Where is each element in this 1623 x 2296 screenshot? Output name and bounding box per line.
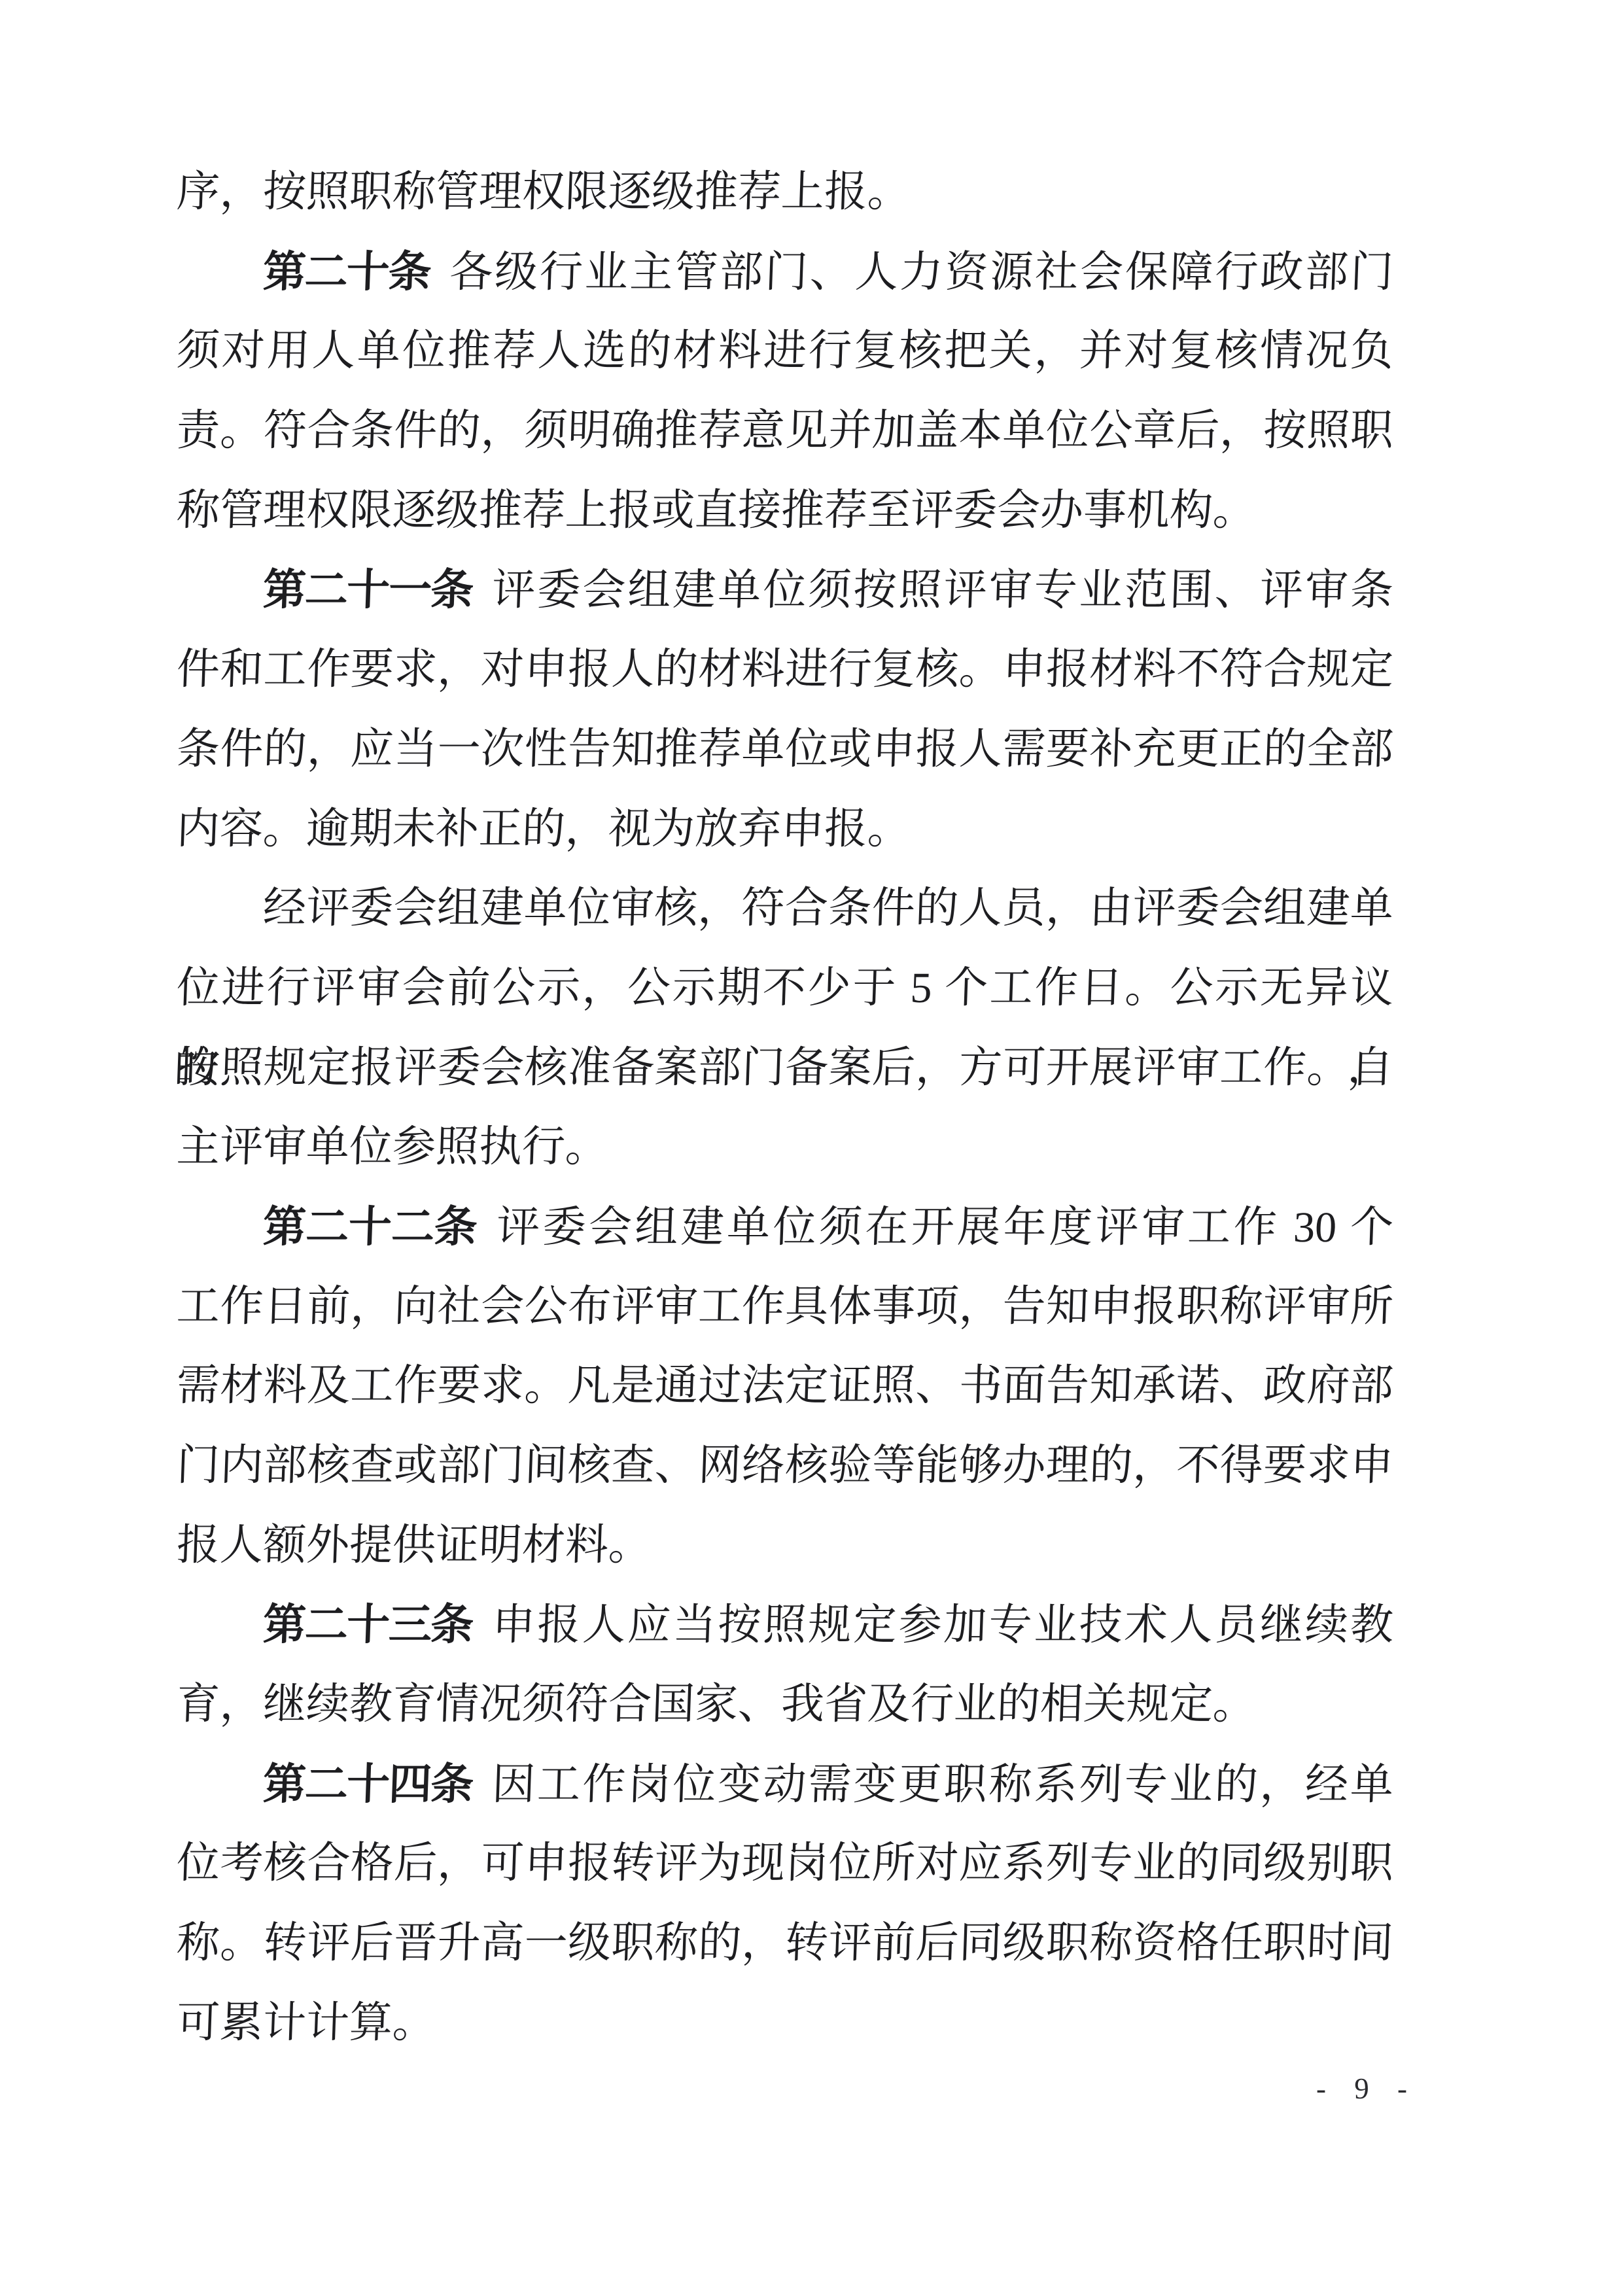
document-page: 序，按照职称管理权限逐级推荐上报。第二十条各级行业主管部门、人力资源社会保障行政… (0, 0, 1623, 2296)
text-line: 须对用人单位推荐人选的材料进行复核把关，并对复核情况负 (175, 311, 1395, 391)
text-run: 责。符合条件的，须明确推荐意见并加盖本单位公章后，按照职 (176, 407, 1395, 455)
text-run: 位考核合格后，可申报转评为现岗位所对应系列专业的同级别职 (176, 1839, 1395, 1887)
text-run: 评委会组建单位须在开展年度评审工作 30 个 (496, 1204, 1394, 1251)
text-run: 序，按照职称管理权限逐级推荐上报。 (176, 168, 912, 216)
text-line: 第二十二条评委会组建单位须在开展年度评审工作 30 个 (175, 1187, 1395, 1267)
text-run: 条件的，应当一次性告知推荐单位或申报人需要补充更正的全部 (176, 725, 1395, 773)
text-line: 内容。逾期未补正的，视为放弃申报。 (175, 790, 1395, 869)
page-number: - 9 - (1316, 2072, 1412, 2105)
text-run: 各级行业主管部门、人力资源社会保障行政部门 (449, 249, 1394, 296)
article-heading: 第二十四条 (262, 1760, 474, 1808)
text-run: 称。转评后晋升高一级职称的，转评前后同级职称资格任职时间 (176, 1919, 1395, 1967)
text-line: 位进行评审会前公示，公示期不少于 5 个工作日。公示无异议的， (175, 948, 1395, 1028)
text-line: 条件的，应当一次性告知推荐单位或申报人需要补充更正的全部 (175, 710, 1395, 790)
text-run: 工作日前，向社会公布评审工作具体事项，告知申报职称评审所 (176, 1283, 1395, 1331)
text-line: 称。转评后晋升高一级职称的，转评前后同级职称资格任职时间 (175, 1904, 1395, 1983)
text-line: 需材料及工作要求。凡是通过法定证照、书面告知承诺、政府部 (175, 1346, 1395, 1426)
text-line: 第二十三条申报人应当按照规定参加专业技术人员继续教 (175, 1585, 1395, 1665)
text-run: 报人额外提供证明材料。 (176, 1522, 653, 1569)
text-line: 报人额外提供证明材料。 (175, 1506, 1395, 1586)
text-line: 第二十条各级行业主管部门、人力资源社会保障行政部门 (175, 232, 1395, 312)
text-run: 评委会组建单位须按照评审专业范围、评审条 (491, 566, 1394, 614)
text-line: 可累计计算。 (175, 1983, 1395, 2063)
text-line: 按照规定报评委会核准备案部门备案后，方可开展评审工作。自 (175, 1028, 1395, 1108)
text-line: 称管理权限逐级推荐上报或直接推荐至评委会办事机构。 (175, 471, 1395, 551)
text-run: 因工作岗位变动需变更职称系列专业的，经单 (491, 1761, 1394, 1809)
text-run: 可累计计算。 (176, 1999, 437, 2047)
text-run: 育，继续教育情况须符合国家、我省及行业的相关规定。 (176, 1680, 1257, 1728)
text-run: 称管理权限逐级推荐上报或直接推荐至评委会办事机构。 (176, 487, 1257, 534)
document-body: 序，按照职称管理权限逐级推荐上报。第二十条各级行业主管部门、人力资源社会保障行政… (177, 152, 1393, 2063)
text-line: 工作日前，向社会公布评审工作具体事项，告知申报职称评审所 (175, 1267, 1395, 1347)
article-heading: 第二十条 (262, 247, 431, 296)
text-run: 门内部核查或部门间核查、网络核验等能够办理的，不得要求申 (176, 1442, 1395, 1489)
text-line: 件和工作要求，对申报人的材料进行复核。申报材料不符合规定 (175, 630, 1395, 710)
text-line: 经评委会组建单位审核，符合条件的人员，由评委会组建单 (175, 869, 1395, 948)
text-run: 须对用人单位推荐人选的材料进行复核把关，并对复核情况负 (176, 327, 1395, 375)
text-line: 位考核合格后，可申报转评为现岗位所对应系列专业的同级别职 (175, 1824, 1395, 1904)
text-line: 主评审单位参照执行。 (175, 1107, 1395, 1187)
text-run: 按照规定报评委会核准备案部门备案后，方可开展评审工作。自 (176, 1044, 1395, 1092)
article-heading: 第二十三条 (262, 1600, 474, 1648)
text-run: 主评审单位参照执行。 (176, 1123, 610, 1171)
text-line: 责。符合条件的，须明确推荐意见并加盖本单位公章后，按照职 (175, 391, 1395, 471)
text-run: 内容。逾期未补正的，视为放弃申报。 (176, 805, 912, 853)
text-line: 育，继续教育情况须符合国家、我省及行业的相关规定。 (175, 1665, 1395, 1745)
text-run: 件和工作要求，对申报人的材料进行复核。申报材料不符合规定 (176, 646, 1395, 693)
text-run: 需材料及工作要求。凡是通过法定证照、书面告知承诺、政府部 (176, 1362, 1395, 1410)
text-line: 第二十一条评委会组建单位须按照评审专业范围、评审条 (175, 550, 1395, 630)
text-run: 经评委会组建单位审核，符合条件的人员，由评委会组建单 (262, 884, 1395, 932)
text-line: 第二十四条因工作岗位变动需变更职称系列专业的，经单 (175, 1745, 1395, 1824)
text-line: 序，按照职称管理权限逐级推荐上报。 (175, 152, 1395, 232)
text-run: 申报人应当按照规定参加专业技术人员继续教 (491, 1601, 1394, 1649)
text-line: 门内部核查或部门间核查、网络核验等能够办理的，不得要求申 (175, 1426, 1395, 1506)
article-heading: 第二十一条 (262, 565, 474, 614)
article-heading: 第二十二条 (262, 1202, 478, 1251)
